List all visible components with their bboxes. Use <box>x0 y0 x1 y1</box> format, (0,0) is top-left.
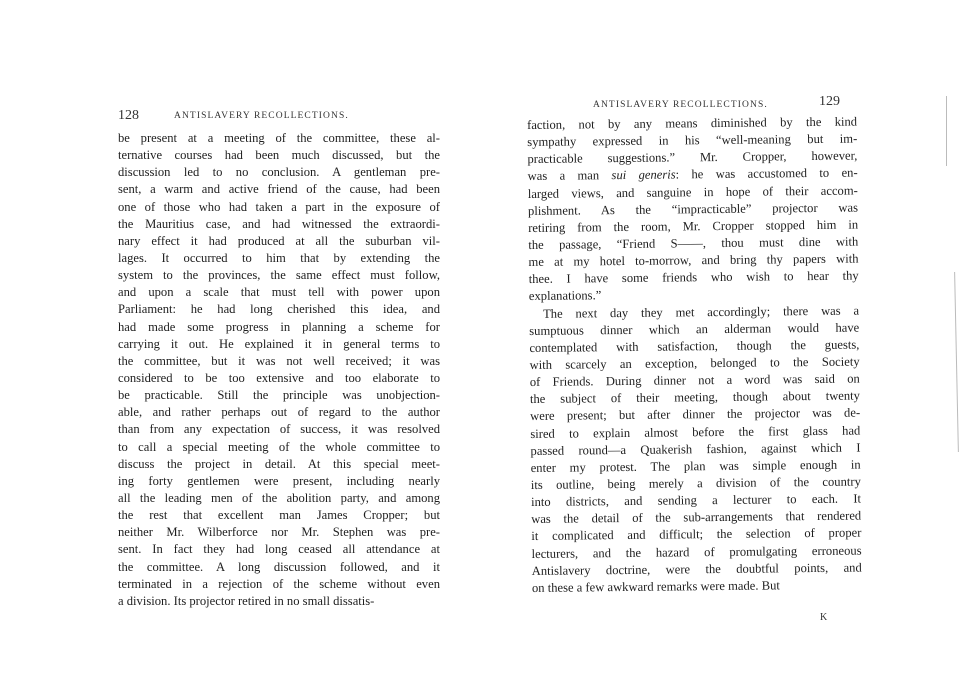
text-line: a division. Its projector retired in no … <box>118 593 440 610</box>
text-line: the rest that excellent man James Croppe… <box>118 507 440 524</box>
text-line: Parliament: he had long cherished this i… <box>118 301 440 318</box>
text-line: on these a few awkward remarks were made… <box>532 576 862 597</box>
text-line: terminated in a rejection of the scheme … <box>118 576 440 593</box>
page-body: faction, not by any means diminished by … <box>527 114 862 597</box>
text-line: Antislavery doctrine, were the doubtful … <box>532 559 862 580</box>
text-line: nary effect it had produced at all the s… <box>118 233 440 250</box>
text-line: sent. In fact they had long ceased all a… <box>118 541 440 558</box>
text-line: the committee. A long discussion followe… <box>118 559 440 576</box>
text-line: than from any expectation of success, it… <box>118 421 440 438</box>
scan-edge-mark <box>946 96 947 166</box>
text-line: had made some progress in planning a sch… <box>118 319 440 336</box>
text-line: one of those who had taken a part in the… <box>118 199 440 216</box>
text-line: sent, a warm and active friend of the ca… <box>118 181 440 198</box>
text-line: the committee, but it was not well recei… <box>118 353 440 370</box>
page-body: be present at a meeting of the committee… <box>118 130 440 610</box>
text-line: the Mauritius case, and had witnessed th… <box>118 216 440 233</box>
signature-mark: K <box>820 612 827 623</box>
text-line: system to the provinces, the same effect… <box>118 267 440 284</box>
text-line: ing forty gentlemen were present, includ… <box>118 473 440 490</box>
scan-edge-mark <box>954 272 959 452</box>
text-line: carrying it out. He explained it in gene… <box>118 336 440 353</box>
text-line: to call a special meeting of the whole c… <box>118 439 440 456</box>
text-line: discussion led to no conclusion. A gentl… <box>118 164 440 181</box>
text-line: and upon a scale that must tell with pow… <box>118 284 440 301</box>
page-number: 129 <box>819 94 840 110</box>
running-head: ANTISLAVERY RECOLLECTIONS. <box>174 111 349 121</box>
text-line: be practicable. Still the principle was … <box>118 387 440 404</box>
text-line: all the leading men of the abolition par… <box>118 490 440 507</box>
text-line: considered to be too extensive and too e… <box>118 370 440 387</box>
page-number: 128 <box>118 108 139 124</box>
text-line: discuss the project in detail. At this s… <box>118 456 440 473</box>
text-line: able, and rather perhaps out of regard t… <box>118 404 440 421</box>
text-line: neither Mr. Wilberforce nor Mr. Stephen … <box>118 524 440 541</box>
text-line: ternative courses had been much discusse… <box>118 147 440 164</box>
text-line: lages. It occurred to him that by extend… <box>118 250 440 267</box>
running-head: ANTISLAVERY RECOLLECTIONS. <box>593 100 768 110</box>
text-line: be present at a meeting of the committee… <box>118 130 440 147</box>
